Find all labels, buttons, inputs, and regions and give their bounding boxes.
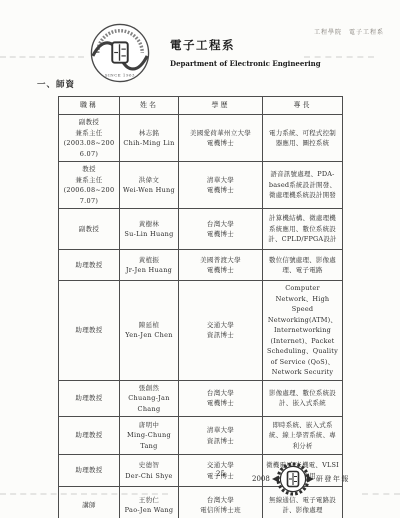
cell-line: 電機博士 — [182, 138, 259, 149]
cell-line: Su-Lin Huang — [123, 229, 175, 240]
cell-line: 台灣大學 — [182, 219, 259, 230]
cell-line: 台灣大學 — [182, 495, 259, 506]
document-page: 工程學院 電子工程系 SINCE 1963 電子工程系 Department o… — [0, 0, 400, 518]
cell-name: 陳延楨Yen-Jen Chen — [120, 281, 179, 381]
cell-line: 講師 — [62, 500, 116, 511]
cell-degree: 清華大學電機博士 — [179, 162, 263, 209]
cell-title: 副教授 — [59, 209, 120, 250]
cell-line: 交通大學 — [182, 320, 259, 331]
cell-line: 助理教授 — [62, 260, 116, 271]
column-header-degree: 學歷 — [179, 97, 263, 115]
cell-name: 史德智Der-Chi Shye — [120, 455, 179, 487]
footer-logo-group: 2008 研發年報 — [252, 461, 350, 497]
cell-specialty: 影像處理、數位系統設計、嵌入式系統 — [263, 380, 343, 417]
faculty-table: 職稱姓名學歷專長 副教授兼系主任(2003.08~2006.07)林志銘Chih… — [58, 96, 343, 518]
cell-specialty: 電力系統、可程式控制器應用、圖控系統 — [263, 115, 343, 162]
faculty-row: 助理教授張創然Chuang-Jan Chang台灣大學電機博士影像處理、數位系統… — [59, 380, 343, 417]
cell-line: 洪偉文 — [123, 175, 175, 186]
corner-label: 工程學院 電子工程系 — [314, 27, 384, 36]
cell-degree: 清華大學資訊博士 — [179, 417, 263, 455]
cell-line: 清華大學 — [182, 425, 259, 436]
cell-line: 教授 — [62, 164, 116, 175]
page-header: SINCE 1963 電子工程系 Department of Electroni… — [89, 22, 321, 84]
cell-degree: 美國普渡大學電機博士 — [179, 250, 263, 281]
cell-line: Wei-Wen Hung — [123, 185, 175, 196]
cell-line: 電機博士 — [182, 229, 259, 240]
cell-degree: 台灣大學電機博士 — [179, 209, 263, 250]
cell-specialty: 語音訊號處理、PDA-based系統設計開發、微處理機系統設計開發 — [263, 162, 343, 209]
cell-line: (2006.08~2007.07) — [62, 185, 116, 206]
cell-line: 陳延楨 — [123, 320, 175, 331]
cell-line: 唐明中 — [123, 420, 175, 431]
cell-name: 張創然Chuang-Jan Chang — [120, 380, 179, 417]
cell-line: 美國愛荷華州立大學 — [182, 128, 259, 139]
faculty-row: 助理教授陳延楨Yen-Jen Chen交通大學資訊博士Computer Netw… — [59, 281, 343, 381]
university-seal-logo: SINCE 1963 — [89, 22, 151, 84]
faculty-row: 教授兼系主任(2006.08~2007.07)洪偉文Wei-Wen Hung清華… — [59, 162, 343, 209]
cell-line: 助理教授 — [62, 465, 116, 476]
cell-title: 助理教授 — [59, 455, 120, 487]
cell-line: 張創然 — [123, 383, 175, 394]
faculty-row: 副教授兼系主任(2003.08~2006.07)林志銘Chih-Ming Lin… — [59, 115, 343, 162]
dept-title-en: Department of Electronic Engineering — [170, 59, 321, 68]
scan-artifact — [362, 493, 400, 495]
cell-line: 助理教授 — [62, 430, 116, 441]
cell-specialty: Computer Network、High Speed Networking(A… — [263, 281, 343, 381]
scan-artifact — [0, 56, 84, 58]
cell-line: 電機博士 — [182, 265, 259, 276]
cell-line: 助理教授 — [62, 393, 116, 404]
footer-year: 2008 — [252, 475, 270, 483]
cell-specialty: 計算機結構、微處理機系統應用、數位系統設計、CPLD/FPGA設計 — [263, 209, 343, 250]
cell-line: Yen-Jen Chen — [123, 330, 175, 341]
gear-logo — [271, 461, 315, 497]
column-header-name: 姓名 — [120, 97, 179, 115]
cell-title: 助理教授 — [59, 417, 120, 455]
faculty-table-header: 職稱姓名學歷專長 — [59, 97, 343, 115]
cell-line: Chuang-Jan Chang — [123, 393, 175, 414]
cell-title: 教授兼系主任(2006.08~2007.07) — [59, 162, 120, 209]
cell-line: 副教授 — [62, 117, 116, 128]
dept-title-zh: 電子工程系 — [170, 37, 321, 53]
cell-degree: 交通大學資訊博士 — [179, 281, 263, 381]
cell-line: 電機博士 — [182, 398, 259, 409]
cell-name: 唐明中Ming-Chung Tang — [120, 417, 179, 455]
cell-line: 台灣大學 — [182, 388, 259, 399]
cell-line: 王豹仁 — [123, 495, 175, 506]
cell-line: 資訊博士 — [182, 330, 259, 341]
cell-line: 黃樹林 — [123, 219, 175, 230]
page-number: 25 — [216, 470, 225, 478]
faculty-row: 助理教授黃植振Jr-Jen Huang美國普渡大學電機博士數位信號處理、影像處理… — [59, 250, 343, 281]
footer-label: 研發年報 — [316, 474, 350, 484]
cell-line: 美國普渡大學 — [182, 255, 259, 266]
section-heading: 一、師資 — [37, 78, 75, 90]
cell-line: 史德智 — [123, 460, 175, 471]
seal-since-text: SINCE 1963 — [105, 73, 135, 78]
cell-line: Ming-Chung Tang — [123, 430, 175, 451]
cell-specialty: 即時系統、嵌入式系統、線上學習系統、專利分析 — [263, 417, 343, 455]
cell-name: 林志銘Chih-Ming Lin — [120, 115, 179, 162]
cell-line: Pao-Jen Wang — [123, 505, 175, 516]
cell-line: 電信所博士班 — [182, 505, 259, 516]
cell-line: (2003.08~2006.07) — [62, 138, 116, 159]
cell-line: 兼系主任 — [62, 128, 116, 139]
cell-title: 助理教授 — [59, 250, 120, 281]
faculty-row: 助理教授唐明中Ming-Chung Tang清華大學資訊博士即時系統、嵌入式系統… — [59, 417, 343, 455]
cell-degree: 台灣大學電信所博士班 — [179, 487, 263, 518]
cell-line: 林志銘 — [123, 128, 175, 139]
cell-line: 資訊博士 — [182, 436, 259, 447]
cell-line: 交通大學 — [182, 460, 259, 471]
column-header-specialty: 專長 — [263, 97, 343, 115]
cell-line: 電機博士 — [182, 185, 259, 196]
cell-degree: 美國愛荷華州立大學電機博士 — [179, 115, 263, 162]
cell-title: 助理教授 — [59, 281, 120, 381]
cell-line: 清華大學 — [182, 175, 259, 186]
cell-name: 王豹仁Pao-Jen Wang — [120, 487, 179, 518]
faculty-row: 副教授黃樹林Su-Lin Huang台灣大學電機博士計算機結構、微處理機系統應用… — [59, 209, 343, 250]
cell-name: 黃樹林Su-Lin Huang — [120, 209, 179, 250]
cell-line: 兼系主任 — [62, 175, 116, 186]
cell-line: Der-Chi Shye — [123, 471, 175, 482]
cell-line: 黃植振 — [123, 255, 175, 266]
cell-title: 副教授兼系主任(2003.08~2006.07) — [59, 115, 120, 162]
column-header-title: 職稱 — [59, 97, 120, 115]
title-block: 電子工程系 Department of Electronic Engineeri… — [170, 22, 321, 84]
cell-title: 助理教授 — [59, 380, 120, 417]
cell-degree: 台灣大學電機博士 — [179, 380, 263, 417]
cell-name: 黃植振Jr-Jen Huang — [120, 250, 179, 281]
cell-line: Chih-Ming Lin — [123, 138, 175, 149]
cell-name: 洪偉文Wei-Wen Hung — [120, 162, 179, 209]
cell-line: 助理教授 — [62, 325, 116, 336]
cell-line: 副教授 — [62, 224, 116, 235]
cell-specialty: 數位信號處理、影像處理、電子電路 — [263, 250, 343, 281]
cell-title: 講師 — [59, 487, 120, 518]
cell-line: Jr-Jen Huang — [123, 265, 175, 276]
